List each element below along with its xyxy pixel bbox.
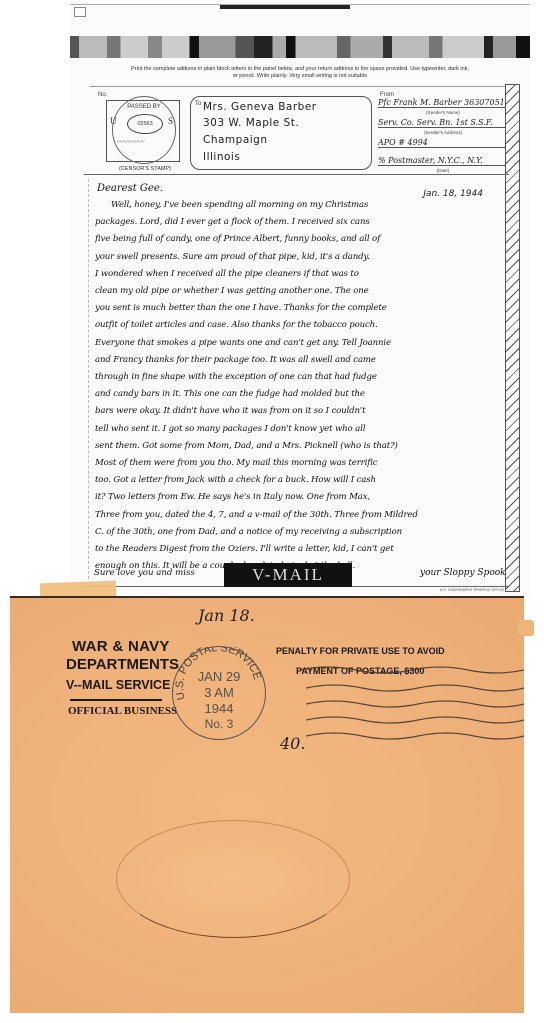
sender-name-caption: (Sender's Name) xyxy=(378,110,508,115)
sender-name: Pfc Frank M. Barber 36307051 xyxy=(378,98,508,108)
recipient-city: Champaign xyxy=(203,134,268,146)
signature: your Sloppy Spook xyxy=(420,568,506,578)
recipient-name: Mrs. Geneva Barber xyxy=(203,101,317,113)
letter-line: outfit of toilet articles and case. Also… xyxy=(95,320,500,330)
department-line-2: DEPARTMENTS xyxy=(66,656,179,673)
recipient-address-box: To Mrs. Geneva Barber 303 W. Maple St. C… xyxy=(190,96,372,170)
letter-line: bars were okay. It didn't have who it wa… xyxy=(95,406,500,416)
letter-line: Three from you, dated the 4, 7, and a v-… xyxy=(95,510,500,520)
envelope-window xyxy=(116,820,350,938)
letter-line: C. of the 30th, one from Dad, and a noti… xyxy=(95,527,500,537)
letter-line: Most of them were from you tho. My mail … xyxy=(95,458,500,468)
number-label: No. xyxy=(98,92,107,98)
department-line-1: WAR & NAVY xyxy=(72,638,170,655)
penalty-notice-line-1: PENALTY FOR PRIVATE USE TO AVOID xyxy=(276,646,445,656)
censor-signature: 〰〰〰〰 xyxy=(116,137,144,147)
postmark-stamp: U.S. POSTAL SERVICE JAN 29 3 AM 1944 No.… xyxy=(172,646,266,740)
divider xyxy=(84,174,509,175)
postmark-time: 3 AM xyxy=(173,685,265,700)
postmark-year: 1944 xyxy=(173,701,265,716)
letter-line: five being full of candy, one of Prince … xyxy=(95,234,500,244)
wavy-cancellation-lines xyxy=(300,664,524,756)
letter-line: your swell presents. Sure am proud of th… xyxy=(95,252,500,262)
letter-line: through in fine shape with the exception… xyxy=(95,372,500,382)
official-business: OFFICIAL BUSINESS xyxy=(68,705,177,717)
letter-line: too. Got a letter from Jack with a check… xyxy=(95,475,500,485)
letter-line: Well, honey, I've been spending all morn… xyxy=(111,200,516,210)
letter-line: and Francy thanks for their package too.… xyxy=(95,355,500,365)
torn-corner xyxy=(518,620,534,636)
letter-date: Jan. 18, 1944 xyxy=(423,189,483,199)
salutation: Dearest Gee. xyxy=(97,183,163,194)
letter-line: and candy bars in it. This one can the f… xyxy=(95,389,500,399)
sender-postmaster: % Postmaster, N.Y.C., N.Y. xyxy=(378,156,508,166)
microfilm-strip xyxy=(70,36,530,58)
censor-caption: (CENSOR'S STAMP) xyxy=(110,166,180,172)
divider xyxy=(90,86,510,87)
letter-line: sent them. Got some from Mom, Dad, and a… xyxy=(95,441,500,451)
address-instructions: Print the complete address in plain bloc… xyxy=(130,66,470,80)
hatched-margin xyxy=(505,84,520,592)
department-line-3: V--MAIL SERVICE xyxy=(66,678,170,692)
date-caption: (Date) xyxy=(378,168,508,173)
postmark-station: No. 3 xyxy=(173,717,265,731)
handwritten-date: Jan 18. xyxy=(198,606,255,625)
letter-line: clean my old pipe or whether I was getti… xyxy=(95,286,500,296)
censor-number: 02563 xyxy=(127,114,163,134)
censor-s: S xyxy=(168,116,173,126)
letter-line: you sent is much better than the one I h… xyxy=(95,303,500,313)
letter-line: to the Readers Digest from the Oziers. I… xyxy=(95,544,500,554)
closing-line: Sure love you and miss xyxy=(94,568,195,578)
letter-body: Dearest Gee. Jan. 18, 1944 Well, honey, … xyxy=(88,179,507,579)
to-prefix: To xyxy=(195,101,201,107)
vmail-envelope: Jan 18. WAR & NAVY DEPARTMENTS V--MAIL S… xyxy=(10,596,524,1013)
letter-top-edge xyxy=(70,4,530,19)
vmail-letter: Print the complete address in plain bloc… xyxy=(70,4,530,596)
recipient-state: Illinois xyxy=(203,151,240,163)
letter-line: I wondered when I received all the pipe … xyxy=(95,269,500,279)
printer-imprint: U.S. GOVERNMENT PRINTING OFFICE xyxy=(440,588,504,592)
sender-apo: APO # 4994 xyxy=(378,138,508,148)
letter-line: packages. Lord, did I ever get a flock o… xyxy=(95,217,500,227)
sender-address-caption: (Sender's Address) xyxy=(378,130,508,135)
censor-u: U xyxy=(110,116,117,126)
censor-passed-by: PASSED BY xyxy=(122,104,166,110)
sender-address: Serv. Co. Serv. Bn. 1st S.S.F. xyxy=(378,118,508,128)
handwritten-number: 40. xyxy=(280,734,305,753)
letter-line: Everyone that smokes a pipe wants one an… xyxy=(95,338,500,348)
divider xyxy=(70,699,162,701)
recipient-street: 303 W. Maple St. xyxy=(203,117,299,129)
postmark-date: JAN 29 xyxy=(173,669,265,684)
letter-line: it? Two letters from Ew. He says he's in… xyxy=(95,492,500,502)
letter-line: tell who sent it. I got so many packages… xyxy=(95,424,500,434)
vmail-banner: V-MAIL xyxy=(224,563,352,587)
